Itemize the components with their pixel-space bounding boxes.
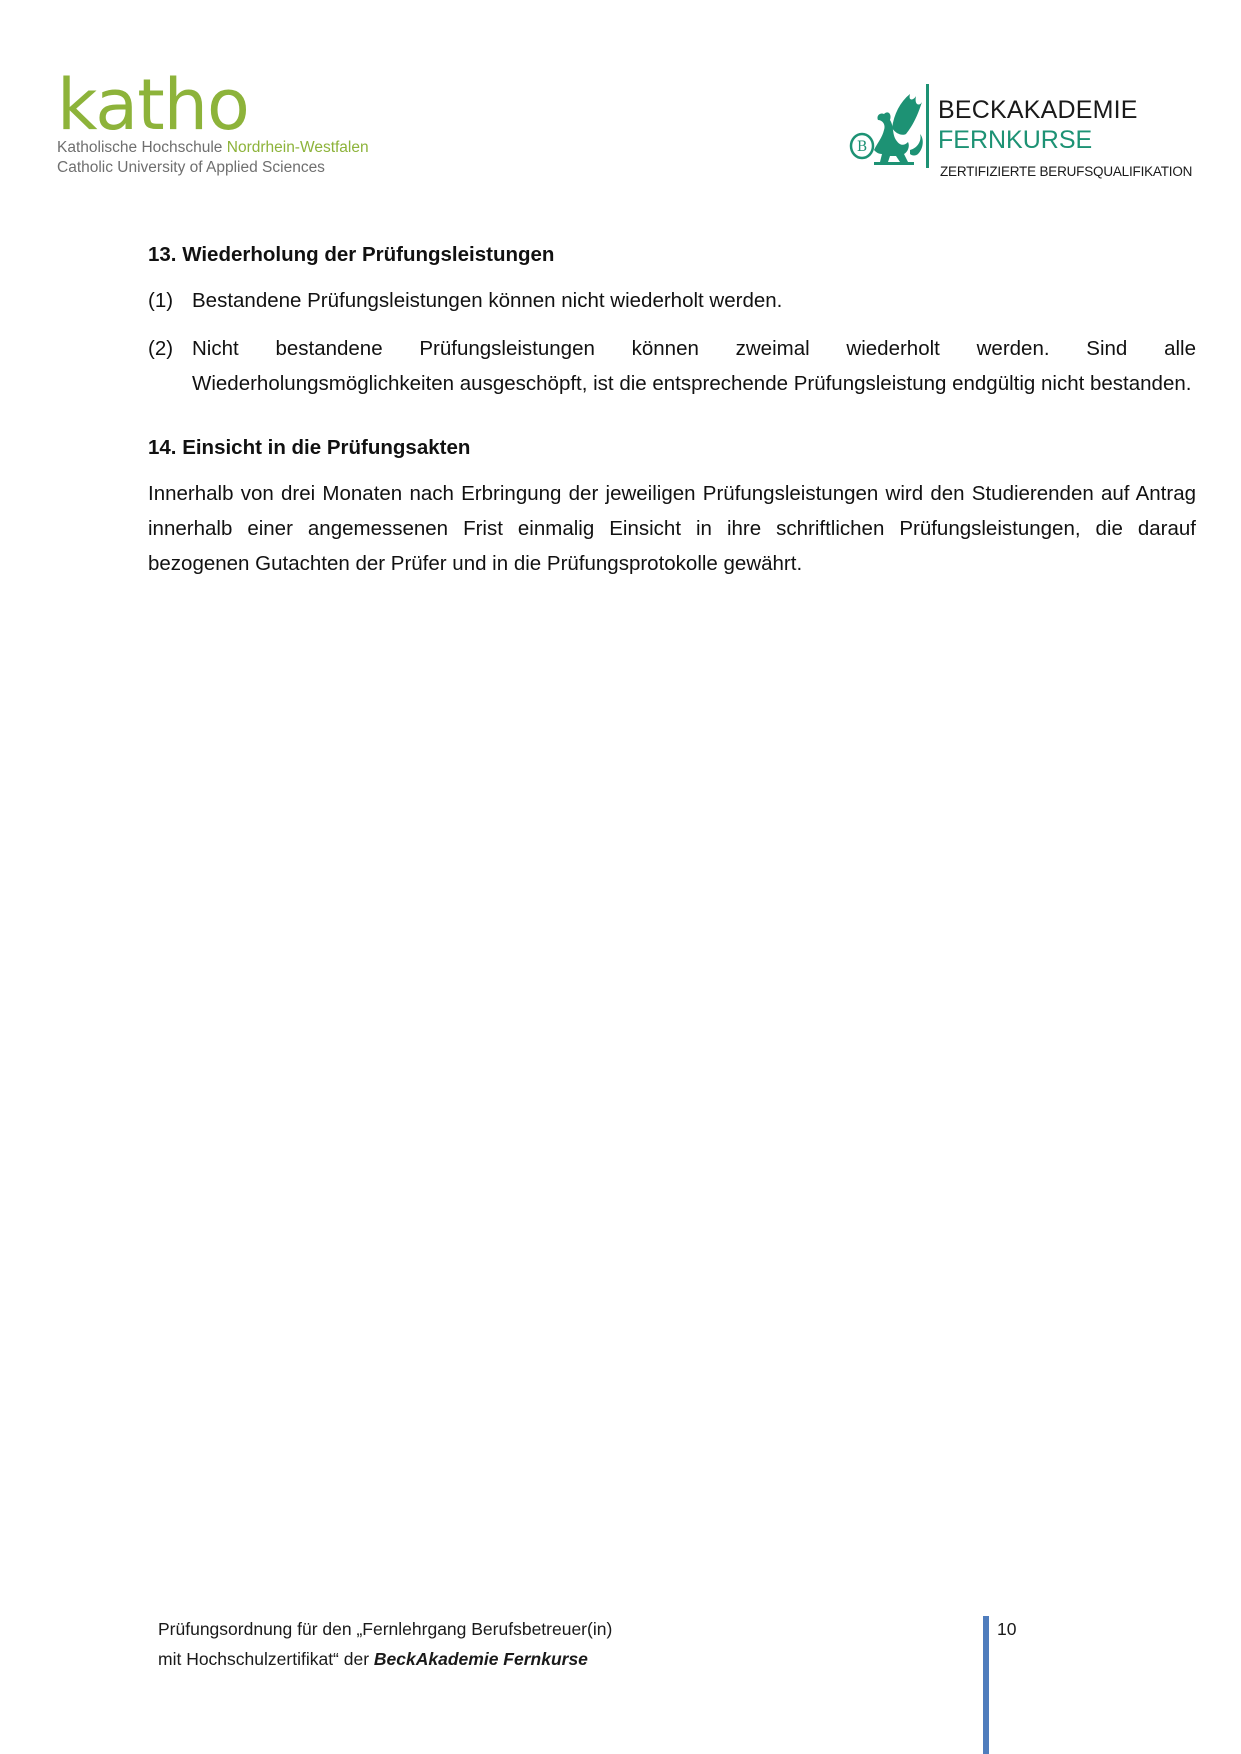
- katho-wordmark: katho: [57, 70, 417, 138]
- list-item: (2) Nicht bestandene Prüfungsleistungen …: [148, 331, 1196, 401]
- list-item-number: (1): [148, 283, 192, 318]
- footer-brand: BeckAkademie Fernkurse: [374, 1649, 588, 1669]
- beckakademie-logo: B BECKAKADEMIE FERNKURSE ZERTIFIZIERTE B…: [848, 82, 1198, 182]
- section-spacer: [148, 401, 1196, 433]
- footer-line-1: Prüfungsordnung für den „Fernlehrgang Be…: [158, 1614, 612, 1644]
- section-heading: 14. Einsicht in die Prüfungsakten: [148, 433, 1196, 463]
- document-body: 13. Wiederholung der Prüfungsleistungen …: [148, 240, 1196, 581]
- beckakademie-subtitle: FERNKURSE: [938, 126, 1092, 154]
- katho-subtitle-region: Nordrhein-Westfalen: [227, 139, 369, 156]
- griffin-emblem-icon: B: [848, 90, 926, 170]
- section-13: 13. Wiederholung der Prüfungsleistungen …: [148, 240, 1196, 401]
- list-item-text: Nicht bestandene Prüfungsleistungen könn…: [192, 331, 1196, 401]
- section-14: 14. Einsicht in die Prüfungsakten Innerh…: [148, 433, 1196, 581]
- footer-accent-bar: [983, 1616, 989, 1754]
- footer-line-2-prefix: mit Hochschulzertifikat“ der: [158, 1649, 374, 1669]
- footer-line-2: mit Hochschulzertifikat“ der BeckAkademi…: [158, 1644, 612, 1674]
- katho-logo: katho Katholische Hochschule Nordrhein-W…: [57, 70, 417, 178]
- list-item: (1) Bestandene Prüfungsleistungen können…: [148, 283, 1196, 318]
- footer-document-title: Prüfungsordnung für den „Fernlehrgang Be…: [158, 1614, 612, 1674]
- katho-subtitle-line2: Catholic University of Applied Sciences: [57, 158, 417, 178]
- beckakademie-tagline: ZERTIFIZIERTE BERUFSQUALIFIKATION: [940, 164, 1192, 180]
- page-number: 10: [997, 1614, 1016, 1644]
- list-item-number: (2): [148, 331, 192, 401]
- list-item-text: Bestandene Prüfungsleistungen können nic…: [192, 283, 1196, 318]
- svg-text:B: B: [857, 139, 867, 155]
- section-heading: 13. Wiederholung der Prüfungsleistungen: [148, 240, 1196, 270]
- beckakademie-title: BECKAKADEMIE: [938, 96, 1138, 124]
- section-paragraph: Innerhalb von drei Monaten nach Erbringu…: [148, 476, 1196, 581]
- katho-subtitle-prefix: Katholische Hochschule: [57, 139, 227, 156]
- katho-subtitle-line1: Katholische Hochschule Nordrhein-Westfal…: [57, 138, 417, 158]
- logo-divider: [926, 84, 929, 168]
